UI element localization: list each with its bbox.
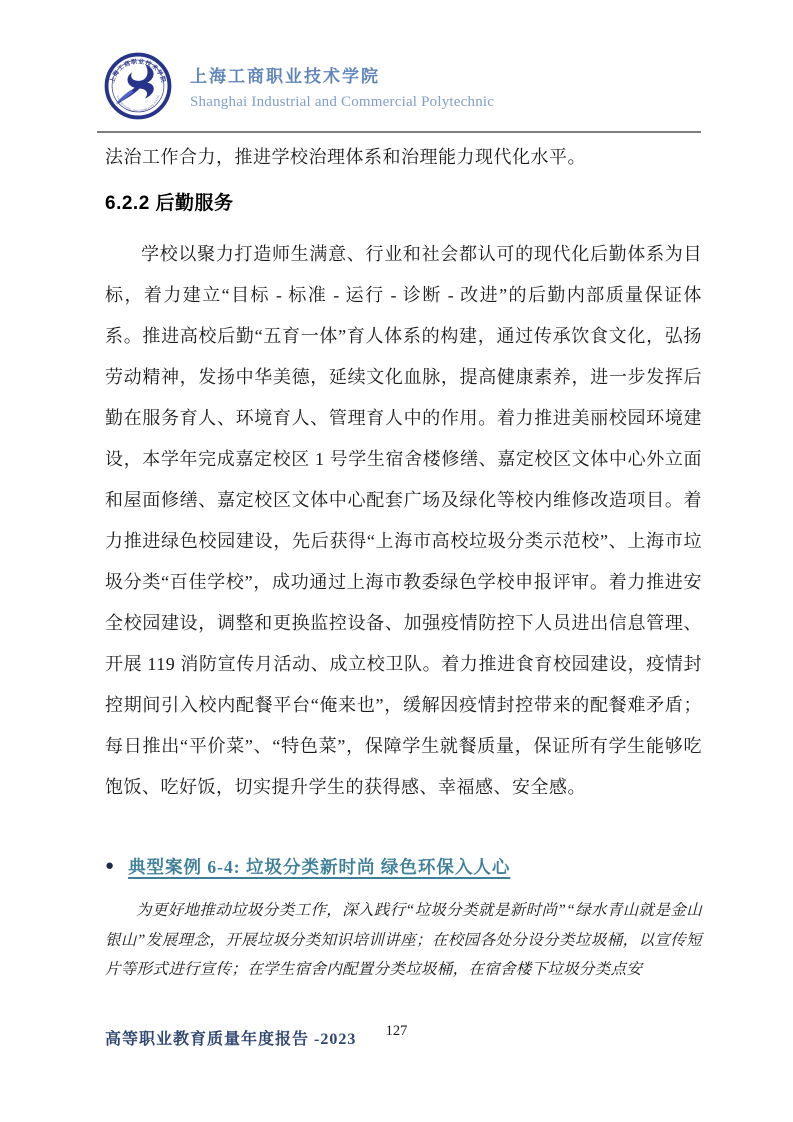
header-titles: 上海工商职业技术学院 Shanghai Industrial and Comme… (190, 52, 494, 111)
carryover-paragraph-line: 法治工作合力，推进学校治理体系和治理能力现代化水平。 (105, 143, 702, 169)
section-heading: 6.2.2 后勤服务 (105, 188, 234, 215)
main-paragraph: 学校以聚力打造师生满意、行业和社会都认可的现代化后勤体系为目标，着力建立“目标 … (105, 234, 702, 808)
school-name-en: Shanghai Industrial and Commercial Polyt… (190, 94, 494, 111)
case-study-heading-row: ● 典型案例 6-4: 垃圾分类新时尚 绿色环保入人心 (105, 854, 702, 879)
bullet-icon: ● (105, 859, 114, 874)
school-name-zh: 上海工商职业技术学院 (190, 68, 494, 87)
case-study-heading: 典型案例 6-4: 垃圾分类新时尚 绿色环保入人心 (128, 854, 510, 879)
school-seal-logo: 上海工商职业技术学院 SHANGHAI INDUSTRIAL AND COMME… (104, 52, 172, 120)
page-header: 上海工商职业技术学院 SHANGHAI INDUSTRIAL AND COMME… (104, 52, 494, 120)
case-study-paragraph: 为更好地推动垃圾分类工作，深入践行“垃圾分类就是新时尚”“绿水青山就是金山银山”… (105, 896, 702, 985)
page-number: 127 (0, 1023, 793, 1040)
document-page: 上海工商职业技术学院 SHANGHAI INDUSTRIAL AND COMME… (0, 0, 793, 1122)
header-divider (97, 131, 701, 133)
